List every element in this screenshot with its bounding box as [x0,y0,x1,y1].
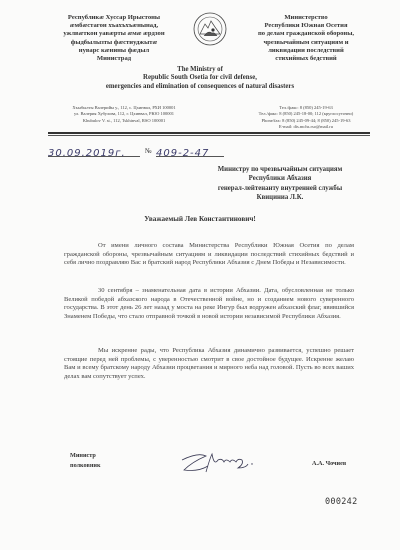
signatory-name: А.А. Чочиев [312,460,346,467]
handwritten-signature-icon [178,446,258,480]
signatory-rank: полковник [70,461,101,471]
body-paragraph: От имени личного состава Министерства Ре… [64,242,354,268]
header-ossetian-line: фыдбылызты фæстиуджытæ [40,39,188,47]
address-block: Хъыбылты Валерийы у., 112, с. Цхинвал, Р… [44,105,204,124]
contact-line: E-mail: dis.mchs.rso@mail.ru [236,124,376,130]
addressee-line: Министру по чрезвычайным ситуациям [185,165,375,174]
header-english-line: The Ministry of [0,66,400,74]
header-divider [48,132,370,134]
header-russian-line: Министерство [246,14,366,22]
addressee-block: Министру по чрезвычайным ситуациям Респу… [185,165,375,203]
header-russian-line: чрезвычайным ситуациям и [246,39,366,47]
reference-date-field: 30.09.2019г. [48,143,140,157]
salutation: Уважаемый Лев Константинович! [0,215,400,223]
body-paragraph: 30 сентября – знаменательная дата в исто… [64,287,354,321]
header-russian-line: Республики Южная Осетия [246,22,366,30]
reference-number: 409-2-47 [156,148,209,159]
reference-number-field: 409-2-47 [156,143,224,157]
document-serial-number: 000242 [325,497,358,507]
address-line: Khubulov V. st., 112, Tskhinval, RSO 100… [44,118,204,124]
header-ossetian-line: нуварс кæнины фæдыл [40,47,188,55]
header-ossetian-line: Министрад [40,55,188,63]
addressee-line: Квициниа Л.К. [185,193,375,202]
reference-number-label: № [145,147,152,155]
header-english-line: Republic South Osetia for civil defense, [0,74,400,82]
contact-block: Тел./факс: 8 (850) 245-19-63 Тел./факс: … [236,105,376,130]
addressee-line: Республики Абхазия [185,174,375,183]
header-ossetian-line: æмбæстагон хъахъхъæнынад, [40,22,188,30]
coat-of-arms-emblem-icon [193,12,227,46]
header-russian-line: ликвидации последствий [246,47,366,55]
header-ossetian-line: Республикæ Хуссар Ирыстоны [40,14,188,22]
reference-date: 30.09.2019г. [48,148,126,159]
header-ossetian: Республикæ Хуссар Ирыстоны æмбæстагон хъ… [40,14,188,63]
addressee-line: генерал-лейтенанту внутренней службы [185,184,375,193]
header-russian: Министерство Республики Южная Осетия по … [246,14,366,63]
header-english-line: emergencies and elimination of consequen… [0,83,400,91]
body-paragraph: Мы искренне рады, что Республика Абхазия… [64,347,354,381]
header-russian-line: стихийных бедствий [246,55,366,63]
signatory-position: Министр [70,451,101,461]
header-ossetian-line: ужлвæткон уавæрты æмæ æрдзон [40,30,188,38]
signatory-title: Министр полковник [70,451,101,471]
header-divider-thin [48,135,370,136]
header-russian-line: по делам гражданской обороны, [246,30,366,38]
header-english: The Ministry of Republic South Osetia fo… [0,66,400,91]
